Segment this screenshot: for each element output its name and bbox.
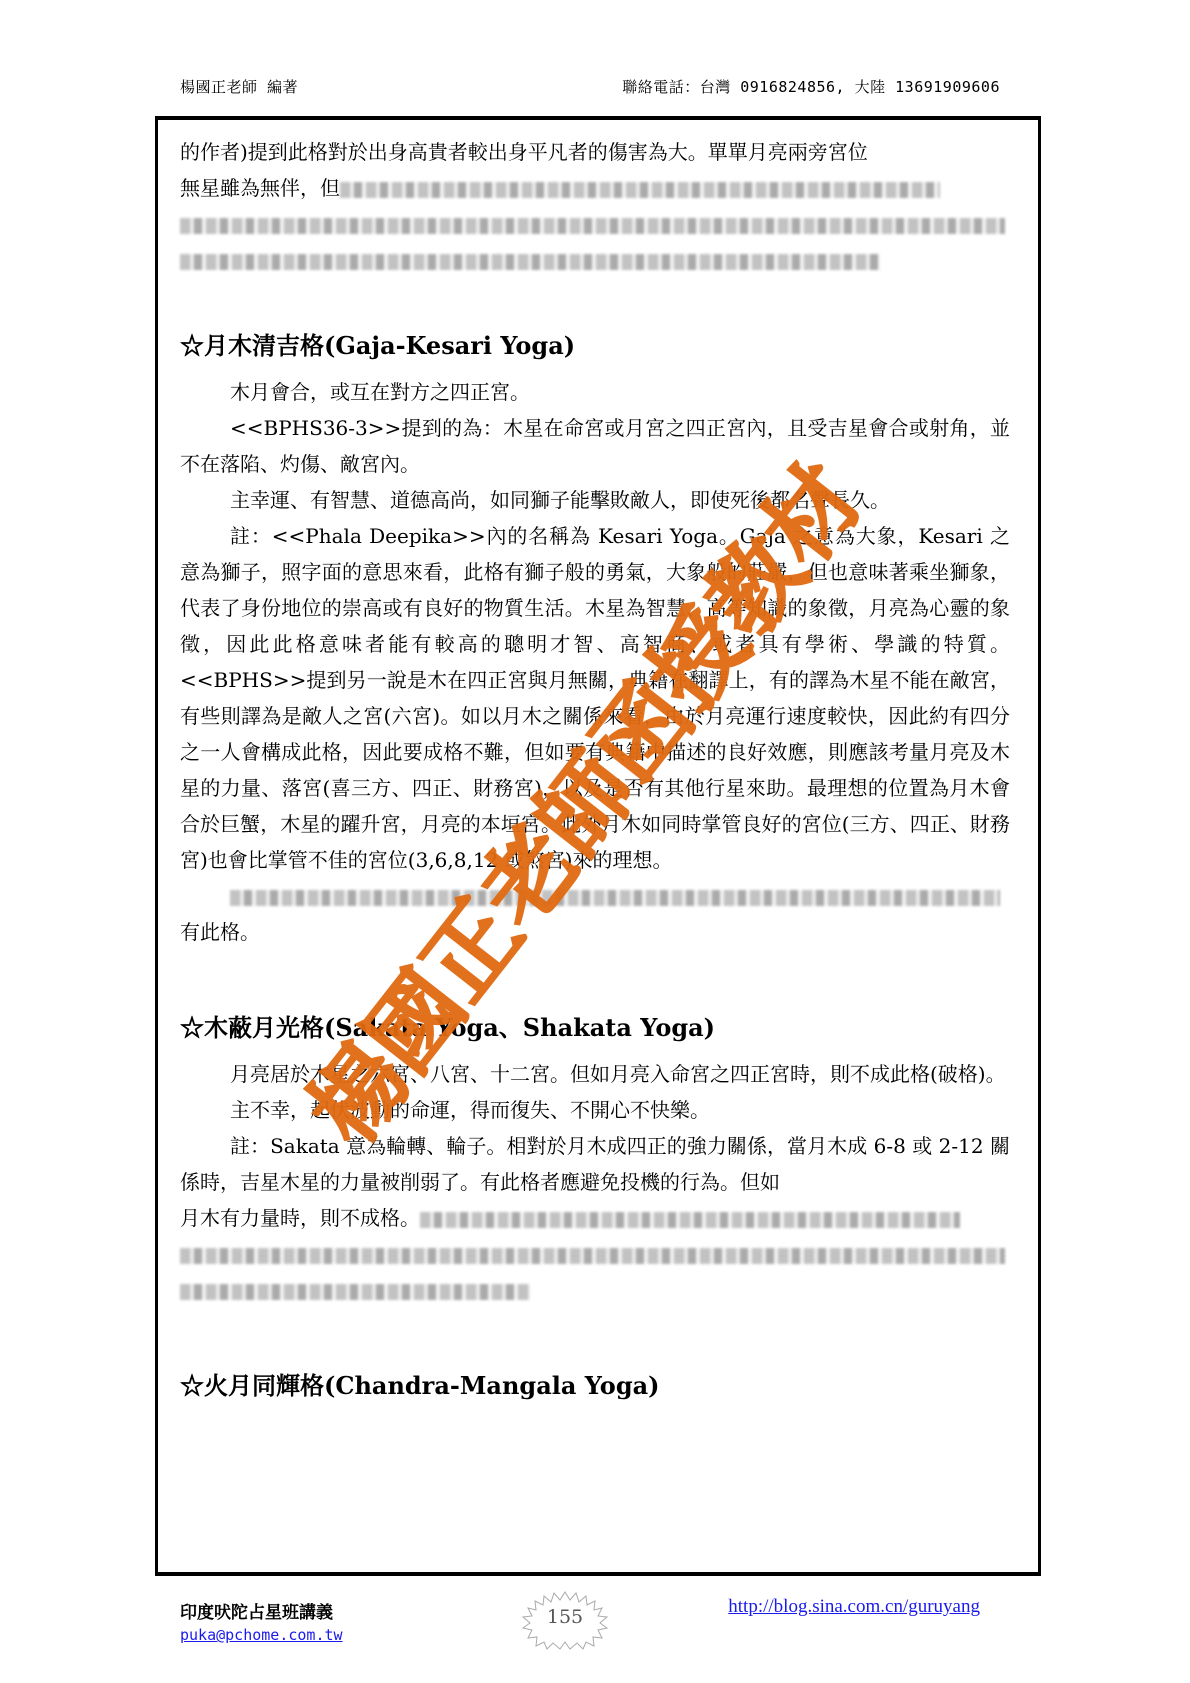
sakata-visible-text: 月木有力量時，則不成格。 <box>180 1206 420 1230</box>
intro-line-2: 無星雖為無伴，但 <box>180 170 1010 206</box>
header-contact: 聯絡電話：台灣 0916824856, 大陸 13691909606 <box>622 76 1000 97</box>
sakata-effects: 主不幸，起伏波動的命運，得而復失、不開心不快樂。 <box>180 1092 1010 1128</box>
gaja-definition: 木月會合，或互在對方之四正宮。 <box>180 374 1010 410</box>
sakata-definition: 月亮居於木星之六宮、八宮、十二宮。但如月亮入命宮之四正宮時，則不成此格(破格)。 <box>180 1056 1010 1092</box>
page-footer: 印度吠陀占星班講義 puka@pchome.com.tw 155 http://… <box>180 1598 1000 1678</box>
redacted-text <box>180 254 880 270</box>
redacted-text <box>230 890 1000 906</box>
footer-email-link[interactable]: puka@pchome.com.tw <box>180 1626 343 1644</box>
gaja-tail: 有此格。 <box>180 914 1010 950</box>
page-header: 楊國正老師 編著 聯絡電話：台灣 0916824856, 大陸 13691909… <box>180 76 1000 97</box>
header-author: 楊國正老師 編著 <box>180 76 298 97</box>
redacted-text <box>180 1248 1005 1264</box>
gaja-note: 註：<<Phala Deepika>>內的名稱為 Kesari Yoga。Gaj… <box>180 518 1010 878</box>
sakata-last-line: 月木有力量時，則不成格。 <box>180 1200 1010 1236</box>
section-title-chandra-mangala: ☆火月同輝格(Chandra-Mangala Yoga) <box>180 1366 1010 1406</box>
redacted-line <box>180 242 1010 278</box>
gaja-effects: 主幸運、有智慧、道德高尚，如同獅子能擊敗敵人，即使死後都名聲長久。 <box>180 482 1010 518</box>
section-title-sakata: ☆木蔽月光格(Sakata Yoga、Shakata Yoga) <box>180 1008 1010 1048</box>
section-title-gaja-kesari: ☆月木清吉格(Gaja-Kesari Yoga) <box>180 326 1010 366</box>
redacted-text <box>180 1284 530 1300</box>
redacted-line <box>180 206 1010 242</box>
gaja-bphs-quote: <<BPHS36-3>>提到的為：木星在命宮或月宮之四正宮內，且受吉星會合或射角… <box>180 410 1010 482</box>
intro-visible-text: 無星雖為無伴，但 <box>180 176 340 200</box>
intro-line-1: 的作者)提到此格對於出身高貴者較出身平凡者的傷害為大。單單月亮兩旁宮位 <box>180 134 1010 170</box>
redacted-line <box>180 1272 1010 1308</box>
redacted-line <box>180 878 1010 914</box>
redacted-text <box>340 182 940 198</box>
footer-blog-link[interactable]: http://blog.sina.com.cn/guruyang <box>728 1596 980 1618</box>
sakata-note: 註：Sakata 意為輪轉、輪子。相對於月木成四正的強力關係，當月木成 6-8 … <box>180 1128 1010 1200</box>
redacted-line <box>180 1236 1010 1272</box>
footer-course-title: 印度吠陀占星班講義 <box>180 1598 333 1623</box>
redacted-text <box>180 218 1005 234</box>
page-number: 155 <box>520 1606 610 1628</box>
page-number-badge: 155 <box>520 1590 610 1650</box>
redacted-text <box>420 1212 960 1228</box>
page-content: 的作者)提到此格對於出身高貴者較出身平凡者的傷害為大。單單月亮兩旁宮位 無星雖為… <box>180 134 1010 1406</box>
